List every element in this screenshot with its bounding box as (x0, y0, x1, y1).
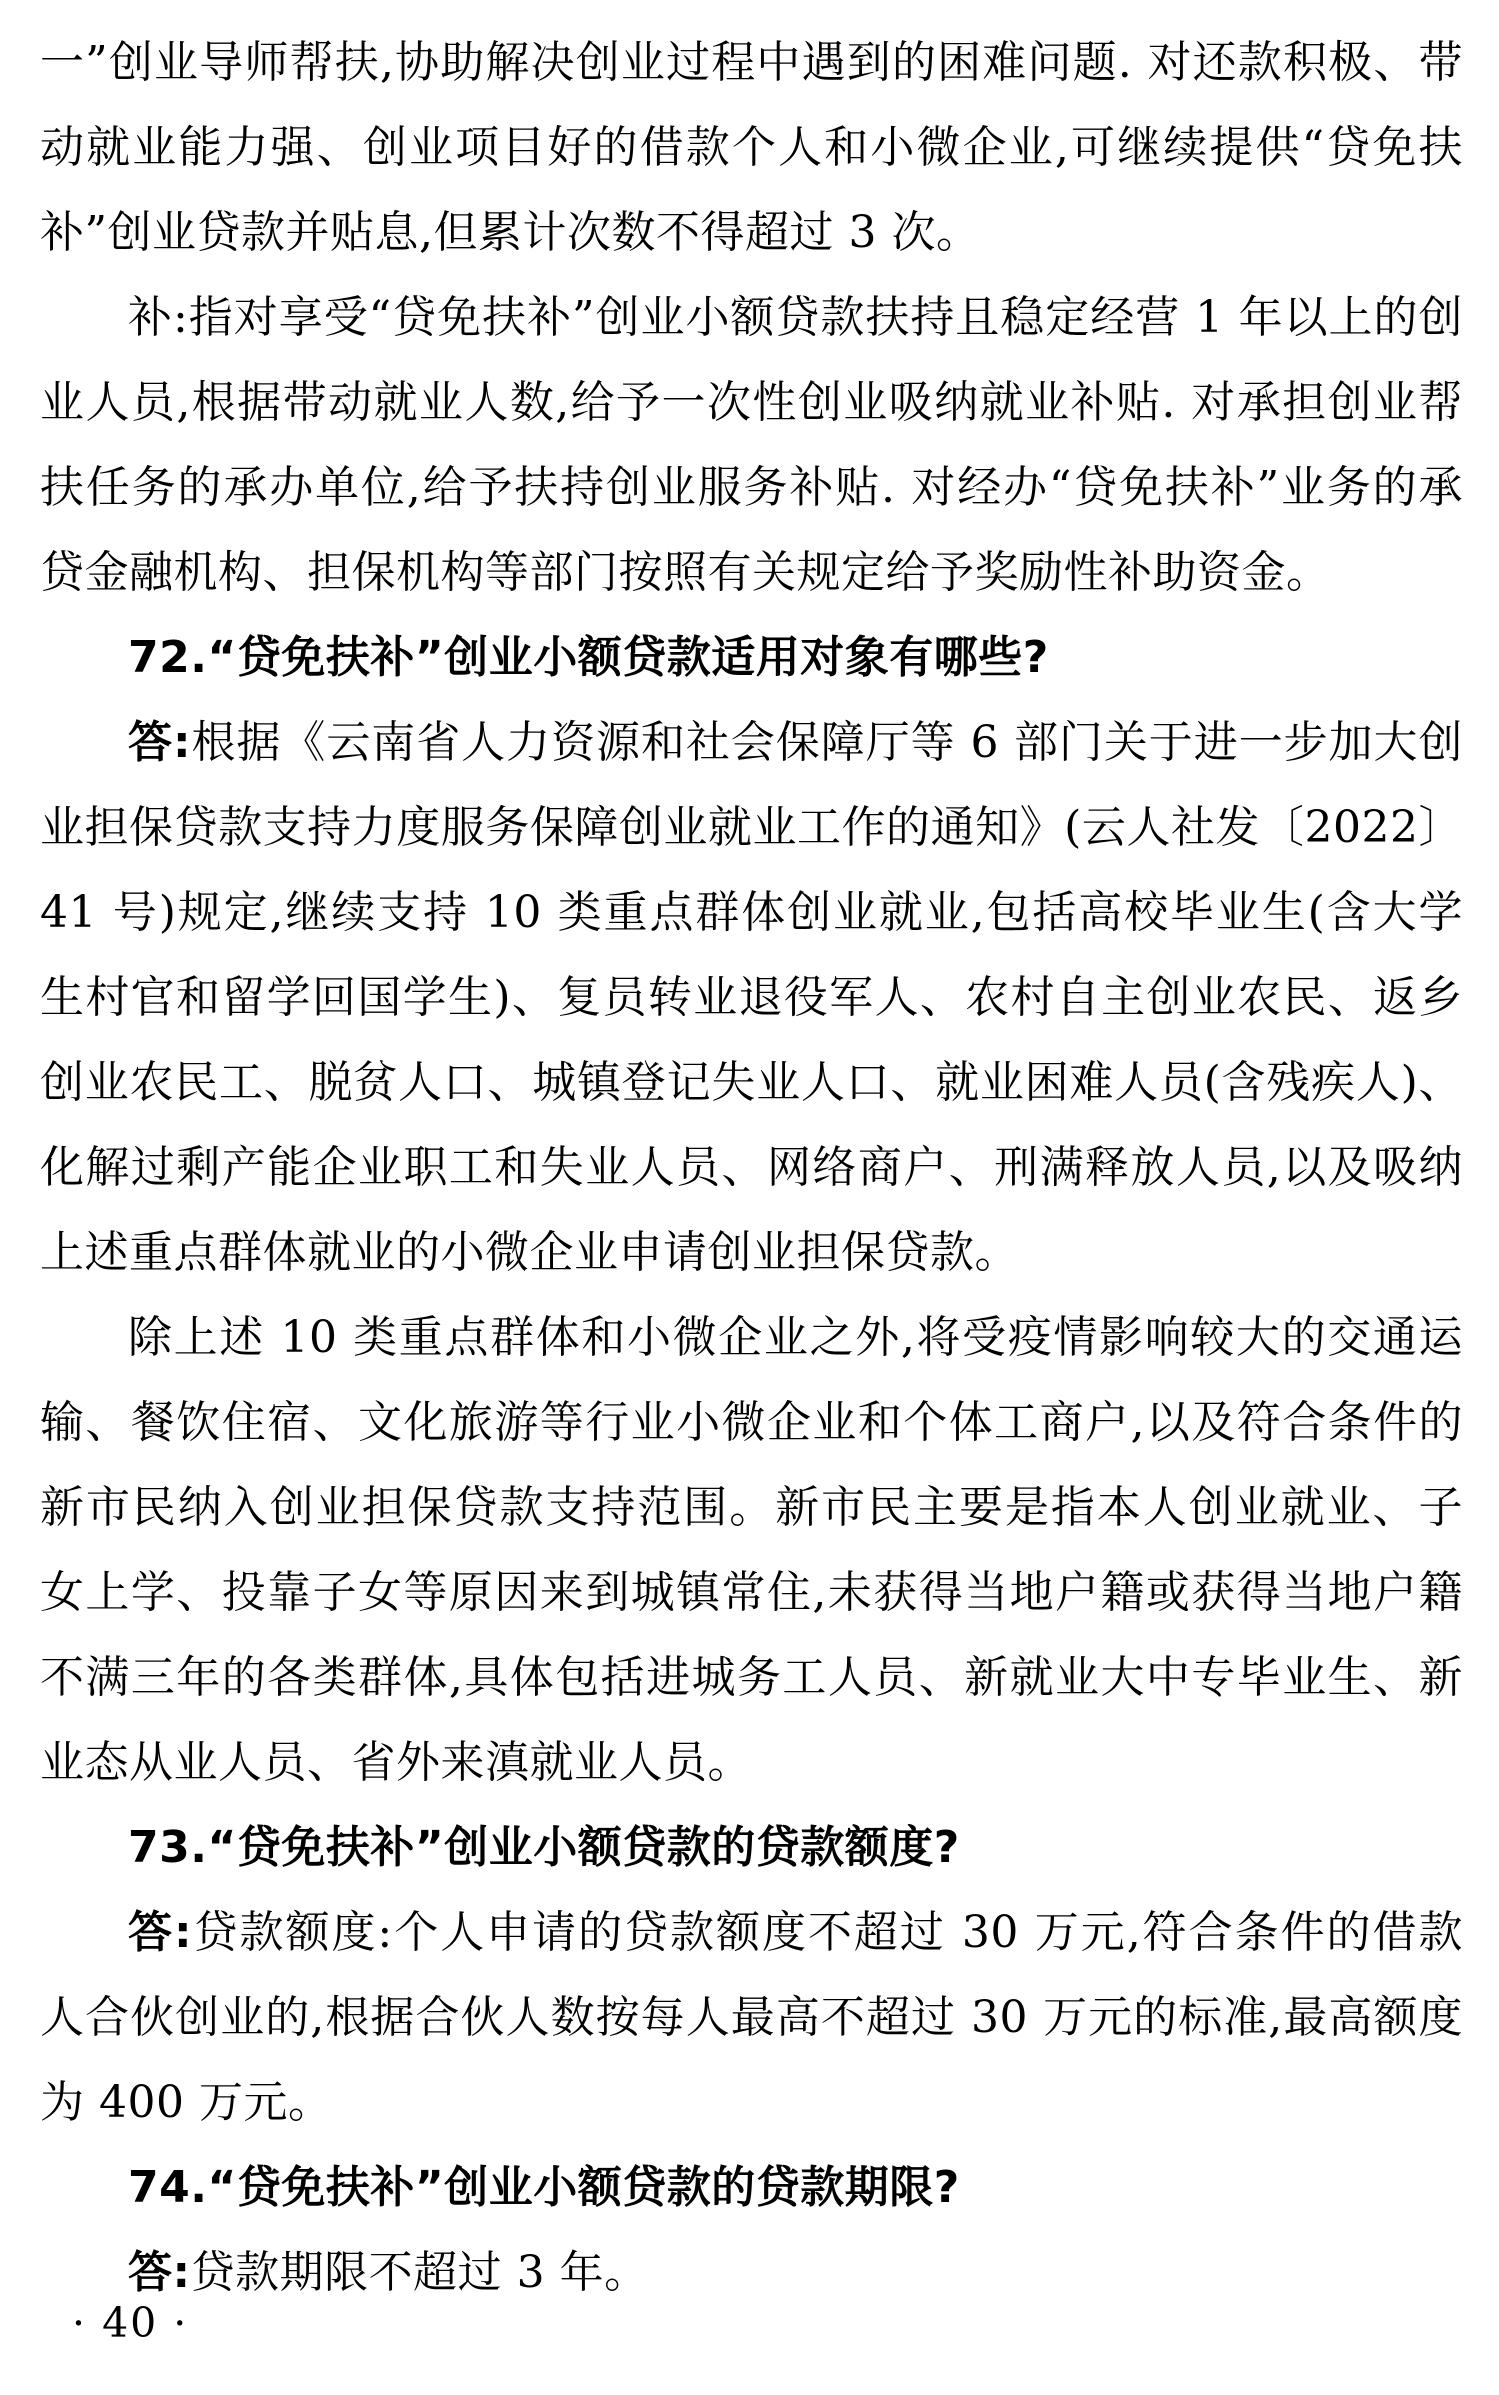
page-number: · 40 · (72, 2293, 188, 2353)
answer-73-paragraph: 答:贷款额度:个人申请的贷款额度不超过 30 万元,符合条件的借款人合伙创业的,… (40, 1890, 1463, 2145)
question-72-heading: 72.“贷免扶补”创业小额贷款适用对象有哪些? (40, 615, 1463, 700)
answer-72-prefix: 答: (128, 717, 191, 768)
answer-74-text: 贷款期限不超过 3 年。 (191, 2247, 649, 2298)
question-74-heading: 74.“贷免扶补”创业小额贷款的贷款期限? (40, 2145, 1463, 2230)
answer-74-paragraph: 答:贷款期限不超过 3 年。 (40, 2230, 1463, 2315)
continuation-paragraph: 一”创业导师帮扶,协助解决创业过程中遇到的困难问题. 对还款积极、带动就业能力强… (40, 20, 1463, 275)
answer-74-prefix: 答: (128, 2247, 191, 2298)
question-73-heading: 73.“贷免扶补”创业小额贷款的贷款额度? (40, 1805, 1463, 1890)
answer-72-text: 根据《云南省人力资源和社会保障厅等 6 部门关于进一步加大创业担保贷款支持力度服… (40, 717, 1463, 1278)
document-page: 一”创业导师帮扶,协助解决创业过程中遇到的困难问题. 对还款积极、带动就业能力强… (0, 0, 1499, 2395)
answer-73-text: 贷款额度:个人申请的贷款额度不超过 30 万元,符合条件的借款人合伙创业的,根据… (40, 1907, 1463, 2128)
supplement-bu-paragraph: 补:指对享受“贷免扶补”创业小额贷款扶持且稳定经营 1 年以上的创业人员,根据带… (40, 275, 1463, 615)
new-citizen-paragraph: 除上述 10 类重点群体和小微企业之外,将受疫情影响较大的交通运输、餐饮住宿、文… (40, 1295, 1463, 1805)
answer-72-paragraph: 答:根据《云南省人力资源和社会保障厅等 6 部门关于进一步加大创业担保贷款支持力… (40, 700, 1463, 1295)
answer-73-prefix: 答: (128, 1907, 192, 1958)
